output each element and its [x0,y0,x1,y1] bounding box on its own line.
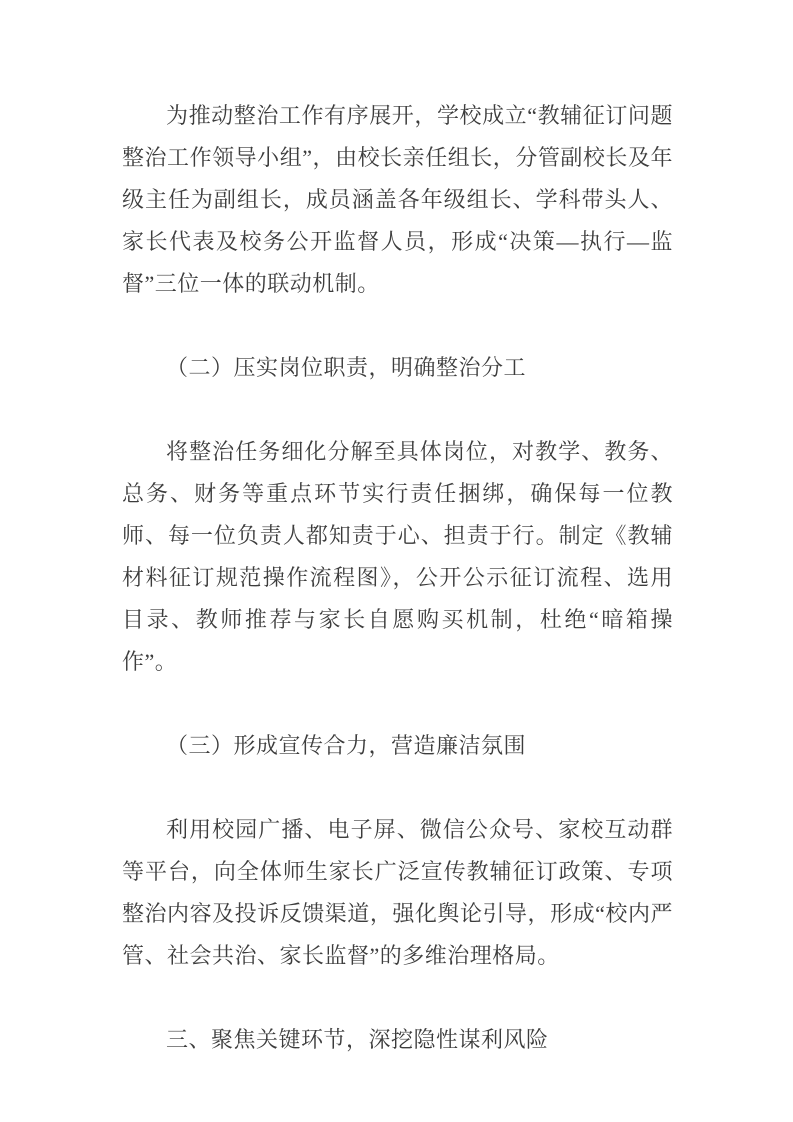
paragraph-task-breakdown: 将整治任务细化分解至具体岗位，对教学、教务、总务、财务等重点环节实行责任捆绑，确… [122,431,673,683]
document-body: 为推动整治工作有序展开，学校成立“教辅征订问题整治工作领导小组”，由校长亲任组长… [122,95,673,1061]
document-page: 为推动整治工作有序展开，学校成立“教辅征订问题整治工作领导小组”，由校长亲任组长… [0,0,793,1122]
paragraph-publicity-channels: 利用校园广播、电子屏、微信公众号、家校互动群等平台，向全体师生家长广泛宣传教辅征… [122,809,673,977]
heading-section-3-publicity: （三）形成宣传合力，营造廉洁氛围 [122,725,673,767]
paragraph-leadership-group: 为推动整治工作有序展开，学校成立“教辅征订问题整治工作领导小组”，由校长亲任组长… [122,95,673,305]
heading-part-3-key-links: 三、聚焦关键环节，深挖隐性谋利风险 [122,1019,673,1061]
heading-section-2-responsibilities: （二）压实岗位职责，明确整治分工 [122,347,673,389]
